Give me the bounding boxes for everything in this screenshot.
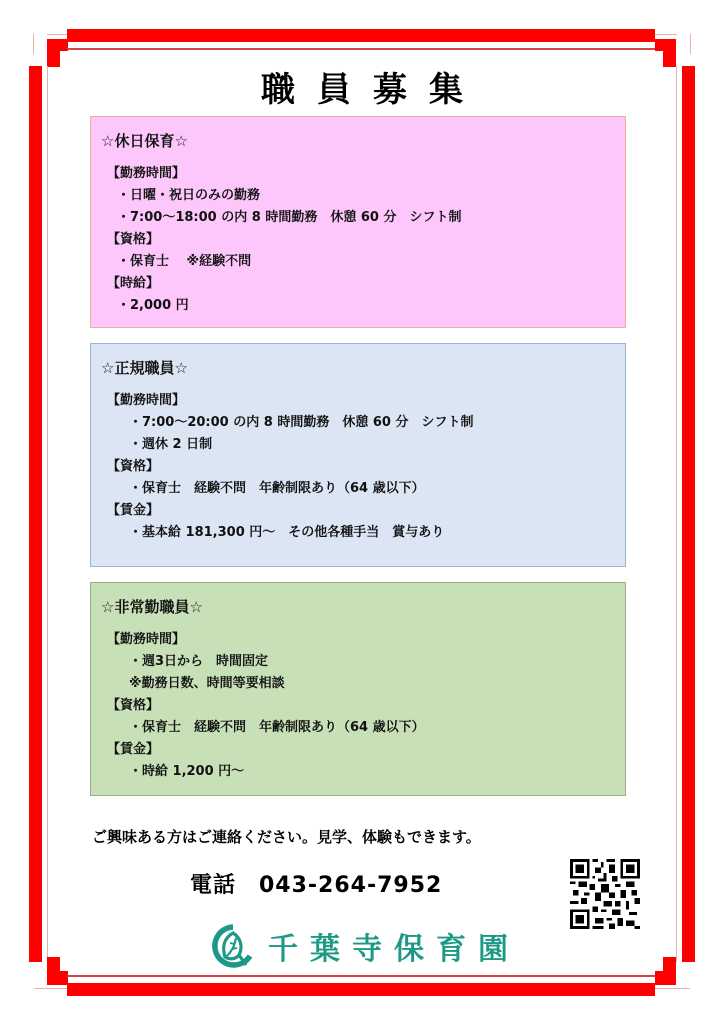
section-title: ☆非常勤職員☆ [101, 597, 625, 617]
days-off: ・週休 2 日制 [101, 434, 625, 456]
work-note: ※勤務日数、時間等要相談 [101, 673, 625, 695]
work-hours: ・7:00～20:00 の内 8 時間勤務 休憩 60 分 シフト制 [101, 412, 625, 434]
salary: ・時給 1,200 円～ [101, 761, 625, 783]
work-days: ・週3日から 時間固定 [101, 651, 625, 673]
section-title: ☆休日保育☆ [101, 131, 625, 151]
frame-outer-line-left [33, 34, 34, 54]
salary: ・基本給 181,300 円～ その他各種手当 賞与あり [101, 522, 625, 544]
org-logo: 千葉寺保育園 [210, 922, 520, 970]
frame-right-inner-line [676, 66, 677, 962]
frame-bottom-band [67, 983, 655, 996]
frame-inner-line-top [67, 48, 655, 50]
qualification: ・保育士 ※経験不問 [101, 251, 625, 273]
label-work-hours: 【勤務時間】 [101, 629, 625, 651]
page-title: 職員募集 [0, 62, 724, 111]
frame-left-inner-line [47, 66, 48, 962]
frame-bottom-left-step [47, 971, 68, 985]
section-part-time-staff: ☆非常勤職員☆ 【勤務時間】 ・週3日から 時間固定 ※勤務日数、時間等要相談 … [90, 582, 626, 796]
label-qualification: 【資格】 [101, 456, 625, 478]
qualification: ・保育士 経験不問 年齢制限あり（64 歳以下） [101, 717, 625, 739]
label-work-hours: 【勤務時間】 [101, 390, 625, 412]
qualification: ・保育士 経験不問 年齢制限あり（64 歳以下） [101, 478, 625, 500]
label-salary: 【賃金】 [101, 500, 625, 522]
frame-left-band [29, 66, 42, 962]
label-qualification: 【資格】 [101, 229, 625, 251]
contact-message: ご興味ある方はご連絡ください。見学、体験もできます。 [92, 826, 481, 847]
section-holiday-childcare: ☆休日保育☆ 【勤務時間】 ・日曜・祝日のみの勤務 ・7:00～18:00 の内… [90, 116, 626, 328]
org-name: 千葉寺保育園 [268, 924, 520, 968]
qr-code-icon[interactable] [570, 858, 640, 930]
frame-inner-line-bottom [67, 975, 655, 977]
label-hourly-wage: 【時給】 [101, 273, 625, 295]
section-full-time-staff: ☆正規職員☆ 【勤務時間】 ・7:00～20:00 の内 8 時間勤務 休憩 6… [90, 343, 626, 567]
label-qualification: 【資格】 [101, 695, 625, 717]
frame-top-band [67, 29, 655, 42]
frame-right-band [682, 66, 695, 962]
hourly-wage: ・2,000 円 [101, 295, 625, 317]
section-title: ☆正規職員☆ [101, 358, 625, 378]
phone-number[interactable]: 電話 043-264-7952 [190, 868, 442, 899]
label-salary: 【賃金】 [101, 739, 625, 761]
frame-outer-line-right [690, 34, 691, 54]
leaf-logo-icon [210, 923, 256, 969]
work-days: ・日曜・祝日のみの勤務 [101, 185, 625, 207]
label-work-hours: 【勤務時間】 [101, 163, 625, 185]
work-hours: ・7:00～18:00 の内 8 時間勤務 休憩 60 分 シフト制 [101, 207, 625, 229]
frame-bottom-right-step [655, 971, 676, 985]
